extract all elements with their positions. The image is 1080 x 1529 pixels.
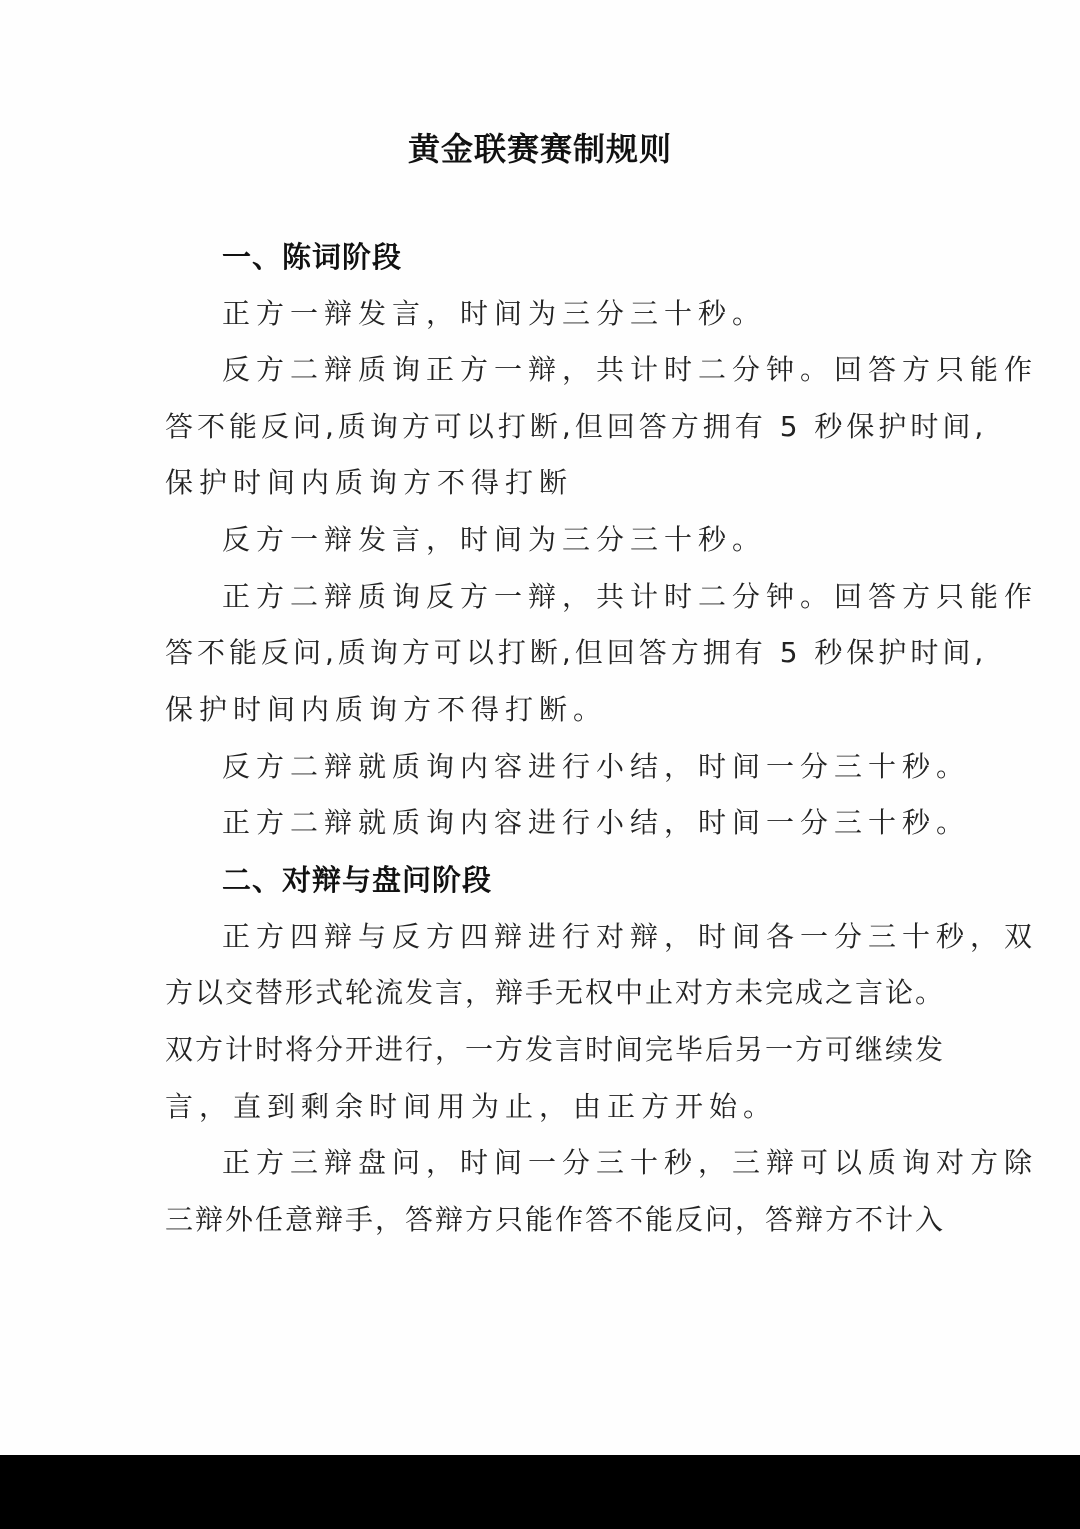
paragraph-line: 反方二辩质询正方一辩，共计时二分钟。回答方只能作 xyxy=(222,350,1038,390)
paragraph-line: 三辩外任意辩手，答辩方只能作答不能反问，答辩方不计入 xyxy=(165,1200,945,1240)
paragraph-line: 反方二辩就质询内容进行小结，时间一分三十秒。 xyxy=(222,747,970,787)
paragraph-line: 保护时间内质询方不得打断。 xyxy=(165,690,607,730)
paragraph-line: 保护时间内质询方不得打断 xyxy=(165,463,573,503)
paragraph-line: 正方四辩与反方四辩进行对辩，时间各一分三十秒，双 xyxy=(222,917,1038,957)
paragraph-line: 正方一辩发言，时间为三分三十秒。 xyxy=(222,294,766,334)
paragraph-line: 答不能反问,质询方可以打断,但回答方拥有 5 秒保护时间, xyxy=(165,407,987,447)
paragraph-line: 方以交替形式轮流发言，辩手无权中止对方未完成之言论。 xyxy=(165,973,945,1013)
paragraph-line: 反方一辩发言，时间为三分三十秒。 xyxy=(222,520,766,560)
paragraph-line: 正方二辩就质询内容进行小结，时间一分三十秒。 xyxy=(222,803,970,843)
paragraph-line: 正方三辩盘问，时间一分三十秒，三辩可以质询对方除 xyxy=(222,1143,1038,1183)
paragraph-line: 正方二辩质询反方一辩，共计时二分钟。回答方只能作 xyxy=(222,577,1038,617)
section-heading-1: 一、陈词阶段 xyxy=(222,237,402,277)
paragraph-line: 答不能反问,质询方可以打断,但回答方拥有 5 秒保护时间, xyxy=(165,633,987,673)
paragraph-line: 双方计时将分开进行，一方发言时间完毕后另一方可继续发 xyxy=(165,1030,945,1070)
paragraph-line: 言，直到剩余时间用为止，由正方开始。 xyxy=(165,1087,777,1127)
document-page: 黄金联赛赛制规则 一、陈词阶段 正方一辩发言，时间为三分三十秒。 反方二辩质询正… xyxy=(0,0,1080,1455)
bottom-black-bar xyxy=(0,1455,1080,1529)
section-heading-2: 二、对辩与盘问阶段 xyxy=(222,860,492,900)
document-title: 黄金联赛赛制规则 xyxy=(0,124,1080,170)
